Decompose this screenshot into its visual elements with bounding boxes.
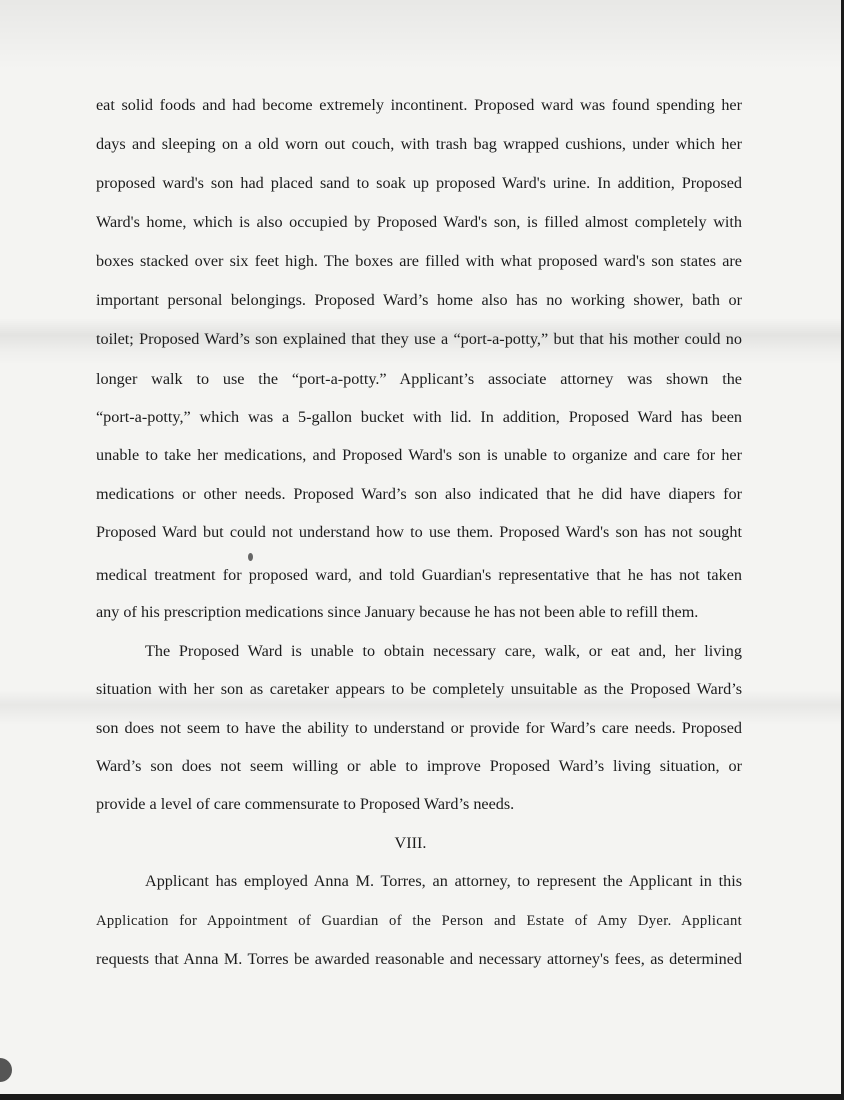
text-line: toilet; Proposed Ward’s son explained th… (96, 329, 742, 349)
text-line: unable to take her medications, and Prop… (96, 445, 742, 465)
text-line: Proposed Ward but could not understand h… (96, 522, 742, 542)
text-line: “port-a-potty,” which was a 5-gallon buc… (96, 407, 742, 427)
text-line: boxes stacked over six feet high. The bo… (96, 251, 742, 271)
text-line: Ward's home, which is also occupied by P… (96, 212, 742, 232)
scan-speck (248, 553, 253, 561)
scan-blot (0, 1058, 12, 1082)
text-line: situation with her son as caretaker appe… (96, 679, 742, 699)
text-line: Application for Appointment of Guardian … (96, 911, 742, 931)
text-line: son does not seem to have the ability to… (96, 718, 742, 738)
text-line: requests that Anna M. Torres be awarded … (96, 949, 742, 969)
text-line: any of his prescription medications sinc… (96, 602, 708, 622)
text-line: longer walk to use the “port-a-potty.” A… (96, 369, 742, 389)
text-line: medical treatment for proposed ward, and… (96, 565, 742, 585)
text-line: proposed ward's son had placed sand to s… (96, 173, 742, 193)
text-line: medications or other needs. Proposed War… (96, 484, 742, 504)
text-line: The Proposed Ward is unable to obtain ne… (145, 641, 742, 661)
text-line: eat solid foods and had become extremely… (96, 95, 742, 115)
document-page: eat solid foods and had become extremely… (0, 0, 841, 1094)
text-line: important personal belongings. Proposed … (96, 290, 742, 310)
text-line: provide a level of care commensurate to … (96, 794, 742, 814)
text-line: Applicant has employed Anna M. Torres, a… (145, 871, 742, 891)
text-line: days and sleeping on a old worn out couc… (96, 134, 742, 154)
text-line: Ward’s son does not seem willing or able… (96, 756, 742, 776)
section-heading: VIII. (0, 833, 821, 853)
